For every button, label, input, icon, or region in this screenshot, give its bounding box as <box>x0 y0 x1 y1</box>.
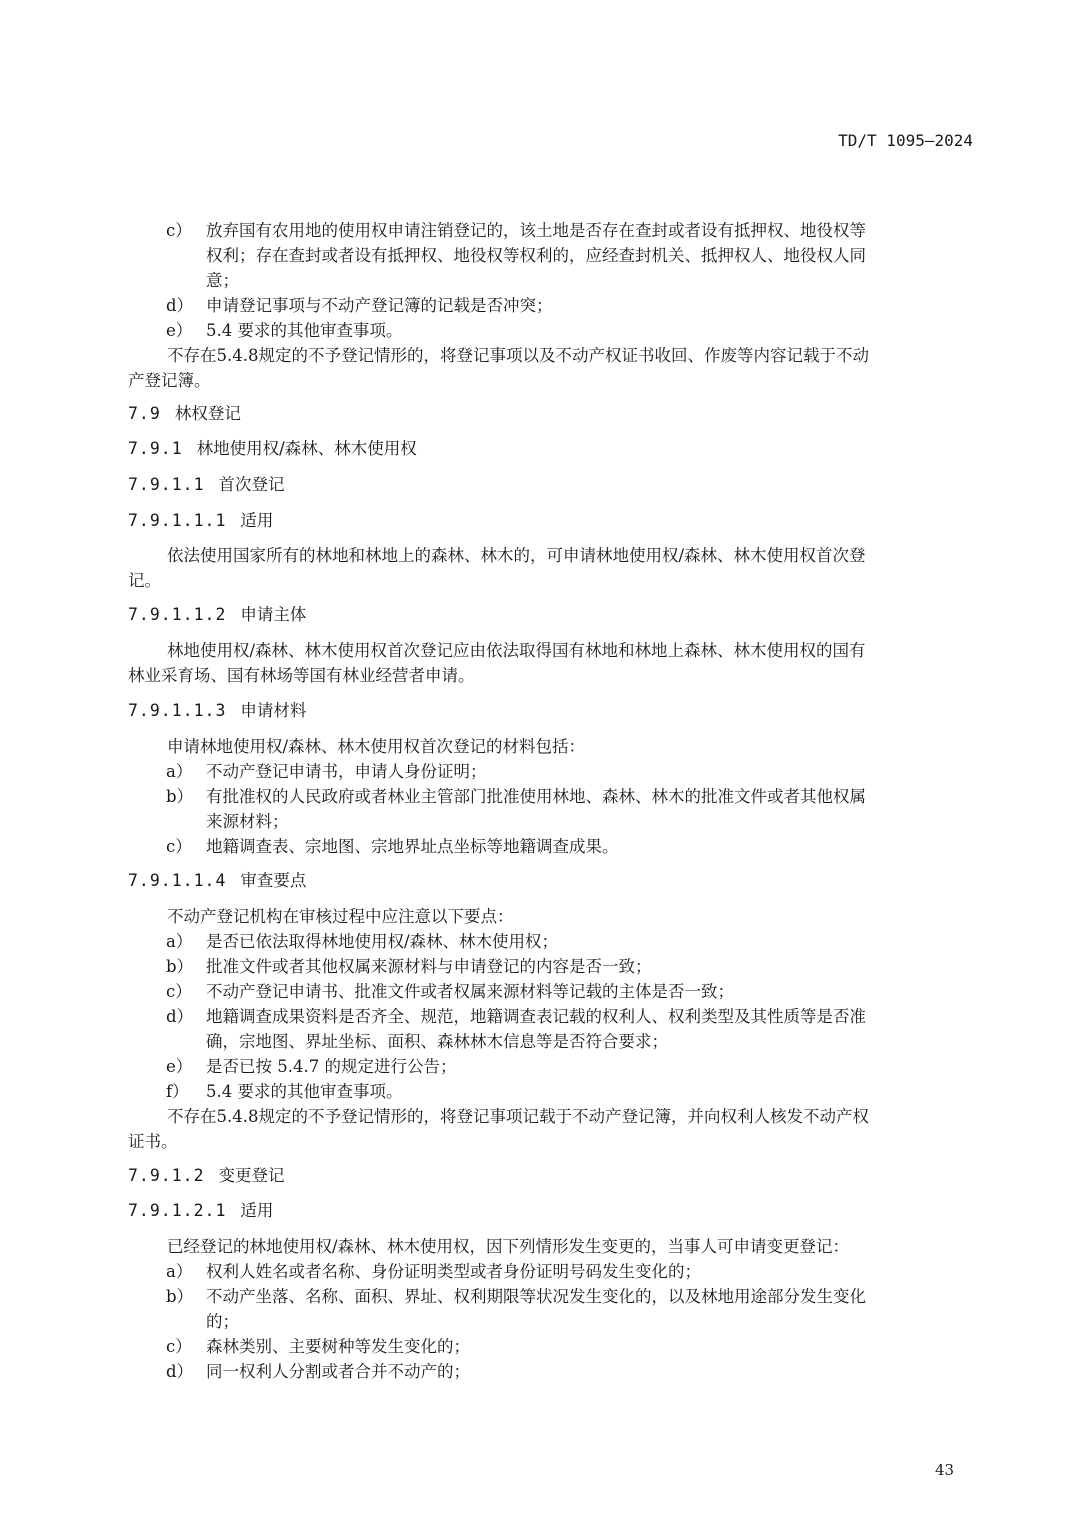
list-marker: e） <box>166 320 192 342</box>
heading-number: 7.9.1 <box>128 438 183 460</box>
paragraph-text: 不存在5.4.8规定的不予登记情形的，将登记事项记载于不动产登记簿，并向权利人核… <box>167 1106 869 1128</box>
list-item-text: 地籍调查成果资料是否齐全、规范，地籍调查表记载的权利人、权利类型及其性质等是否准 <box>206 1006 866 1028</box>
paragraph-text: 林业采育场、国有林场等国有林业经营者申请。 <box>128 665 475 687</box>
list-marker: f） <box>166 1081 189 1103</box>
heading-title: 林权登记 <box>175 404 241 423</box>
heading-7-9-1-1-1: 7.9.1.1.1适用 <box>128 510 273 532</box>
heading-title: 审查要点 <box>240 871 306 890</box>
paragraph-text: 不动产登记机构在审核过程中应注意以下要点： <box>167 906 514 928</box>
paragraph-text: 产登记簿。 <box>128 370 211 392</box>
list-item-text: 有批准权的人民政府或者林业主管部门批准使用林地、森林、林木的批准文件或者其他权属 <box>206 786 866 808</box>
list-item-text: 不动产登记申请书、批准文件或者权属来源材料等记载的主体是否一致； <box>206 981 734 1003</box>
list-marker: d） <box>166 1361 193 1383</box>
heading-title: 适用 <box>240 511 273 530</box>
heading-7-9-1-1-4: 7.9.1.1.4审查要点 <box>128 870 306 892</box>
list-marker: b） <box>166 786 193 808</box>
list-item-text: 权利；存在查封或者设有抵押权、地役权等权利的，应经查封机关、抵押权人、地役权人同 <box>206 245 866 267</box>
heading-number: 7.9.1.2 <box>128 1165 205 1187</box>
heading-number: 7.9 <box>128 403 161 425</box>
list-item-text: 确，宗地图、界址坐标、面积、森林林木信息等是否符合要求； <box>206 1031 668 1053</box>
list-item-text: 5.4 要求的其他审查事项。 <box>206 320 403 342</box>
paragraph-text: 记。 <box>128 570 161 592</box>
heading-7-9-1-1: 7.9.1.1首次登记 <box>128 474 285 496</box>
heading-7-9: 7.9林权登记 <box>128 403 241 425</box>
list-item-text: 5.4 要求的其他审查事项。 <box>206 1081 403 1103</box>
heading-7-9-1-1-3: 7.9.1.1.3申请材料 <box>128 700 306 722</box>
list-item-text: 意； <box>206 270 239 292</box>
list-item-text: 申请登记事项与不动产登记簿的记载是否冲突； <box>206 295 553 317</box>
heading-7-9-1-2: 7.9.1.2变更登记 <box>128 1165 285 1187</box>
heading-number: 7.9.1.2.1 <box>128 1200 226 1222</box>
list-item-text: 是否已依法取得林地使用权/森林、林木使用权； <box>206 931 558 953</box>
heading-7-9-1-2-1: 7.9.1.2.1适用 <box>128 1200 273 1222</box>
list-item-text: 来源材料； <box>206 811 289 833</box>
list-marker: b） <box>166 1286 193 1308</box>
list-marker: b） <box>166 956 193 978</box>
heading-number: 7.9.1.1.4 <box>128 870 226 892</box>
paragraph-text: 申请林地使用权/森林、林木使用权首次登记的材料包括： <box>167 736 585 758</box>
list-item-text: 的； <box>206 1311 239 1333</box>
heading-title: 申请材料 <box>240 701 306 720</box>
list-marker: a） <box>166 1261 192 1283</box>
list-marker: c） <box>166 220 192 242</box>
list-marker: a） <box>166 761 192 783</box>
paragraph-text: 不存在5.4.8规定的不予登记情形的，将登记事项以及不动产权证书收回、作废等内容… <box>167 345 869 367</box>
paragraph-text: 证书。 <box>128 1131 178 1153</box>
list-item-text: 放弃国有农用地的使用权申请注销登记的，该土地是否存在查封或者设有抵押权、地役权等 <box>206 220 866 242</box>
heading-7-9-1-1-2: 7.9.1.1.2申请主体 <box>128 604 306 626</box>
list-item-text: 权利人姓名或者名称、身份证明类型或者身份证明号码发生变化的； <box>206 1261 701 1283</box>
list-marker: c） <box>166 836 192 858</box>
heading-title: 适用 <box>240 1201 273 1220</box>
heading-number: 7.9.1.1.1 <box>128 510 226 532</box>
list-marker: c） <box>166 981 192 1003</box>
heading-number: 7.9.1.1.2 <box>128 604 226 626</box>
heading-title: 林地使用权/森林、林木使用权 <box>197 439 417 458</box>
list-marker: d） <box>166 295 193 317</box>
document-page: TD/T 1095—2024 c） 放弃国有农用地的使用权申请注销登记的，该土地… <box>0 0 1074 1520</box>
list-item-text: 同一权利人分割或者合并不动产的； <box>206 1361 470 1383</box>
list-marker: c） <box>166 1336 192 1358</box>
heading-7-9-1: 7.9.1林地使用权/森林、林木使用权 <box>128 438 417 460</box>
list-marker: d） <box>166 1006 193 1028</box>
list-item-text: 是否已按 5.4.7 的规定进行公告； <box>206 1056 456 1078</box>
page-number: 43 <box>935 1461 954 1479</box>
list-item-text: 地籍调查表、宗地图、宗地界址点坐标等地籍调查成果。 <box>206 836 619 858</box>
list-marker: a） <box>166 931 192 953</box>
heading-title: 首次登记 <box>219 475 285 494</box>
list-item-text: 批准文件或者其他权属来源材料与申请登记的内容是否一致； <box>206 956 652 978</box>
standard-id-header: TD/T 1095—2024 <box>838 131 973 150</box>
list-item-text: 森林类别、主要树种等发生变化的； <box>206 1336 470 1358</box>
paragraph-text: 已经登记的林地使用权/森林、林木使用权，因下列情形发生变更的，当事人可申请变更登… <box>167 1236 849 1258</box>
heading-title: 申请主体 <box>240 605 306 624</box>
heading-title: 变更登记 <box>219 1166 285 1185</box>
paragraph-text: 依法使用国家所有的林地和林地上的森林、林木的，可申请林地使用权/森林、林木使用权… <box>167 545 866 567</box>
list-marker: e） <box>166 1056 192 1078</box>
list-item-text: 不动产坐落、名称、面积、界址、权利期限等状况发生变化的，以及林地用途部分发生变化 <box>206 1286 866 1308</box>
heading-number: 7.9.1.1 <box>128 474 205 496</box>
list-item-text: 不动产登记申请书，申请人身份证明； <box>206 761 487 783</box>
heading-number: 7.9.1.1.3 <box>128 700 226 722</box>
paragraph-text: 林地使用权/森林、林木使用权首次登记应由依法取得国有林地和林地上森林、林木使用权… <box>167 640 866 662</box>
